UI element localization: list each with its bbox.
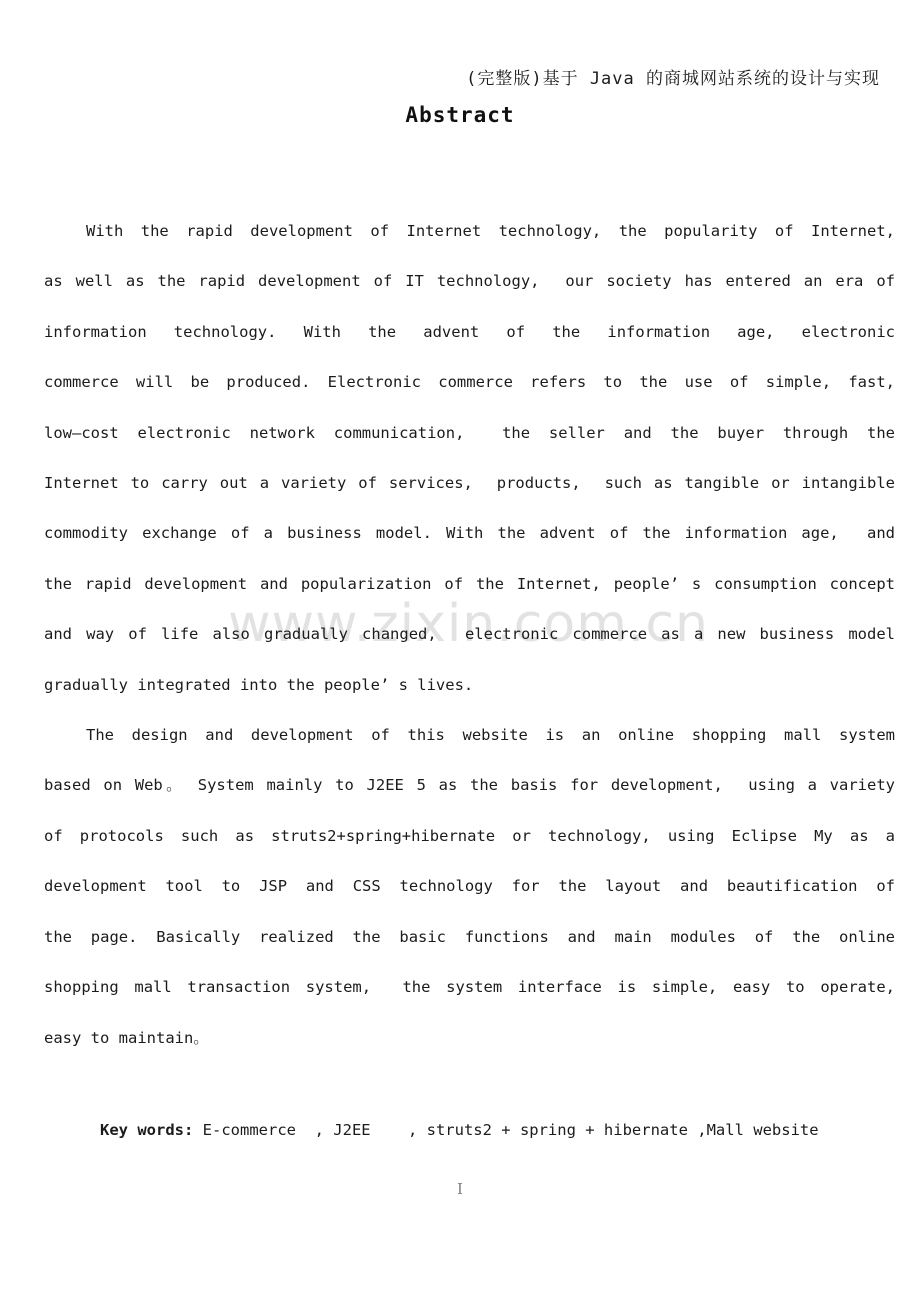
keywords-line: Key words: E-commerce , J2EE , struts2 +… <box>44 1085 895 1175</box>
abstract-line: the rapid development and popularization… <box>44 559 895 609</box>
keywords-label: Key words: <box>100 1121 193 1139</box>
document-page: (完整版)基于 Java 的商城网站系统的设计与实现 Abstract www.… <box>0 0 920 1302</box>
abstract-line: easy to maintain。 <box>44 1013 895 1063</box>
abstract-line: commerce will be produced. Electronic co… <box>44 357 895 407</box>
abstract-paragraph-1: With the rapid development of Internet t… <box>44 206 895 710</box>
abstract-line: low—cost electronic network communicatio… <box>44 408 895 458</box>
document-header-title: (完整版)基于 Java 的商城网站系统的设计与实现 <box>466 64 880 89</box>
abstract-paragraph-2: The design and development of this websi… <box>44 710 895 1063</box>
abstract-body: With the rapid development of Internet t… <box>44 206 895 1175</box>
keywords-text: E-commerce , J2EE , struts2 + spring + h… <box>193 1121 818 1139</box>
abstract-line: gradually integrated into the people’ s … <box>44 660 895 710</box>
abstract-line: of protocols such as struts2+spring+hibe… <box>44 811 895 861</box>
abstract-line: development tool to JSP and CSS technolo… <box>44 861 895 911</box>
abstract-line: based on Web。 System mainly to J2EE 5 as… <box>44 760 895 810</box>
abstract-line: commodity exchange of a business model. … <box>44 508 895 558</box>
abstract-line: information technology. With the advent … <box>44 307 895 357</box>
abstract-line: With the rapid development of Internet t… <box>44 206 895 256</box>
abstract-line: the page. Basically realized the basic f… <box>44 912 895 962</box>
abstract-line: and way of life also gradually changed, … <box>44 609 895 659</box>
abstract-line: The design and development of this websi… <box>44 710 895 760</box>
page-title: Abstract <box>0 103 920 127</box>
abstract-line: as well as the rapid development of IT t… <box>44 256 895 306</box>
abstract-line: shopping mall transaction system, the sy… <box>44 962 895 1012</box>
abstract-line: Internet to carry out a variety of servi… <box>44 458 895 508</box>
page-number: I <box>0 1180 920 1198</box>
